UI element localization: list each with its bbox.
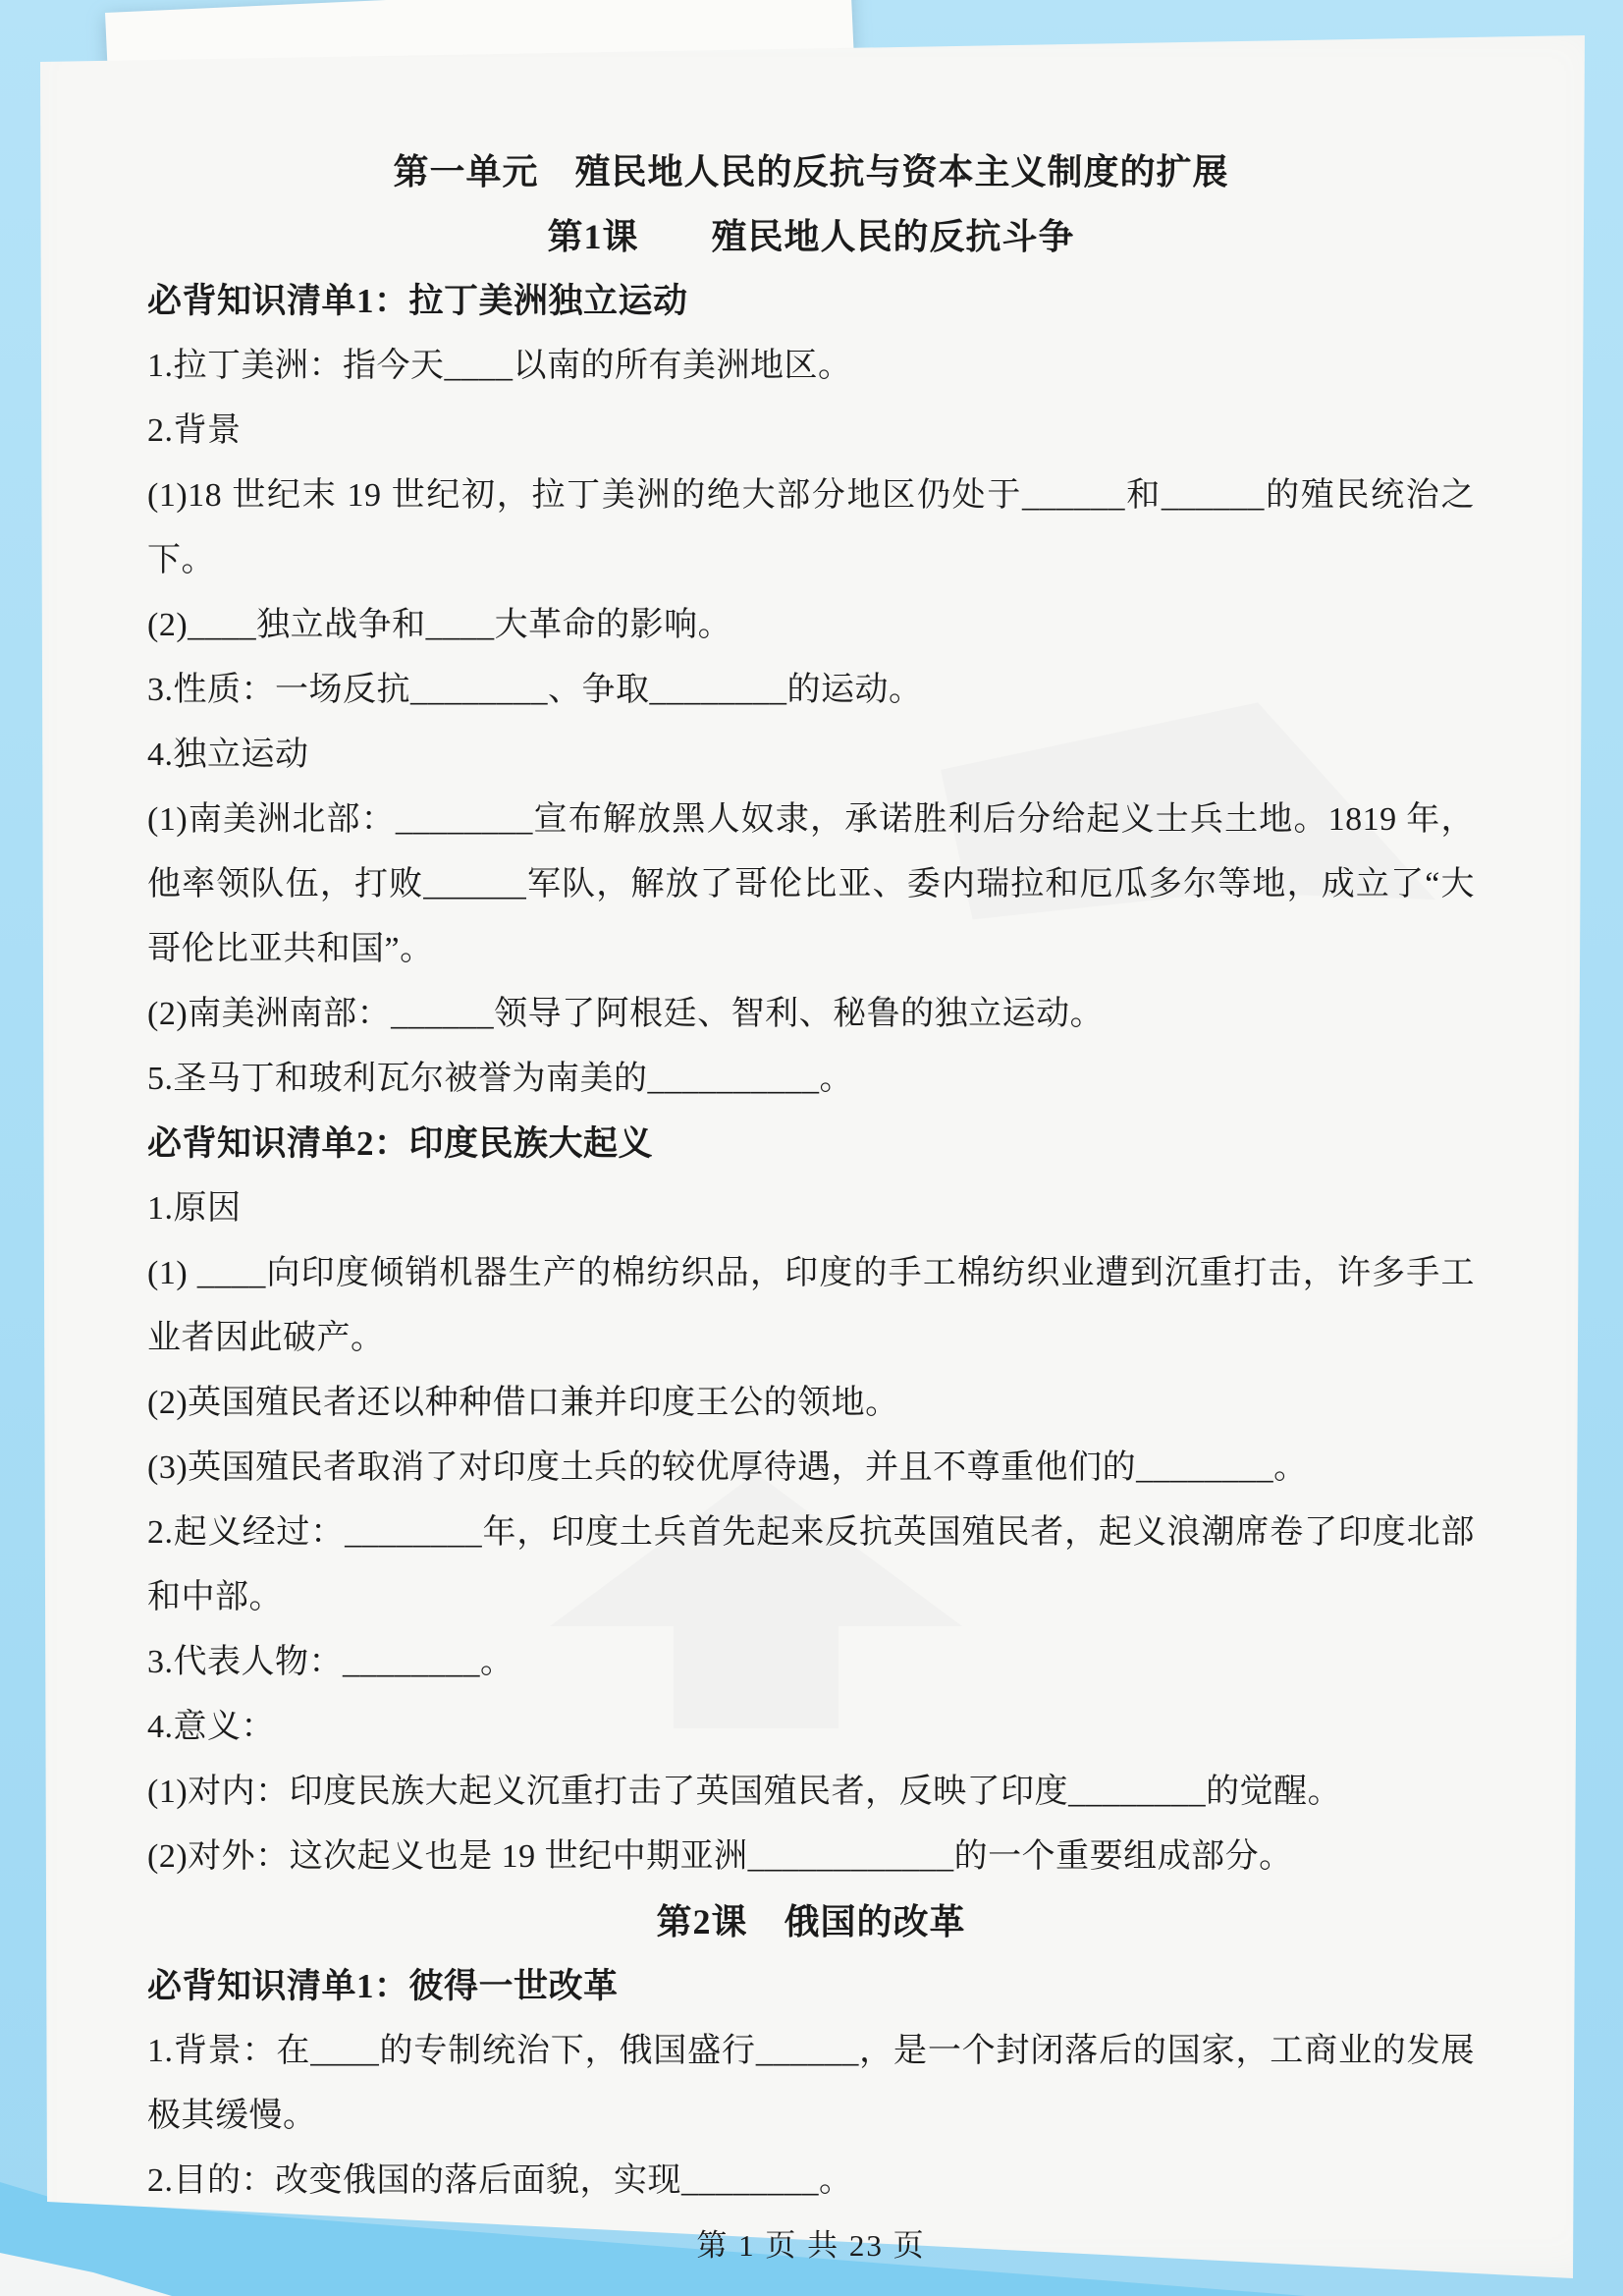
body-line: (1)对内：印度民族大起义沉重打击了英国殖民者，反映了印度________的觉醒…	[147, 1760, 1475, 1825]
section-heading-peter: 必背知识清单1：彼得一世改革	[147, 1954, 1475, 2019]
body-line: 1.拉丁美洲：指今天____以南的所有美洲地区。	[147, 334, 1475, 399]
page-footer: 第 1 页 共 23 页	[147, 2214, 1475, 2278]
body-line: 4.意义：	[147, 1695, 1475, 1760]
body-line: (1)南美洲北部：________宣布解放黑人奴隶，承诺胜利后分给起义士兵土地。…	[147, 788, 1475, 982]
body-line: (1)18 世纪末 19 世纪初，拉丁美洲的绝大部分地区仍处于______和__…	[147, 464, 1475, 593]
document-body: 第一单元 殖民地人民的反抗与资本主义制度的扩展第1课 殖民地人民的反抗斗争必背知…	[147, 139, 1475, 2214]
body-line: 1.原因	[147, 1176, 1475, 1241]
body-line: (2)____独立战争和____大革命的影响。	[147, 593, 1475, 658]
body-line: 1.背景：在____的专制统治下，俄国盛行______，是一个封闭落后的国家，工…	[147, 2019, 1475, 2149]
body-line: (1) ____向印度倾销机器生产的棉纺织品，印度的手工棉纺织业遭到沉重打击，许…	[147, 1241, 1475, 1371]
body-line: 5.圣马丁和玻利瓦尔被誉为南美的__________。	[147, 1047, 1475, 1112]
unit-title: 第一单元 殖民地人民的反抗与资本主义制度的扩展	[147, 139, 1475, 204]
worksheet-page: 第一单元 殖民地人民的反抗与资本主义制度的扩展第1课 殖民地人民的反抗斗争必背知…	[0, 0, 1623, 2296]
body-line: (2)英国殖民者还以种种借口兼并印度王公的领地。	[147, 1371, 1475, 1436]
body-line: 3.性质：一场反抗________、争取________的运动。	[147, 658, 1475, 723]
body-line: 3.代表人物：________。	[147, 1630, 1475, 1695]
body-line: 4.独立运动	[147, 723, 1475, 788]
document-content: 第一单元 殖民地人民的反抗与资本主义制度的扩展第1课 殖民地人民的反抗斗争必背知…	[147, 0, 1475, 2278]
body-line: 2.目的：改变俄国的落后面貌，实现________。	[147, 2149, 1475, 2214]
lesson1-title: 第1课 殖民地人民的反抗斗争	[147, 204, 1475, 269]
body-line: 2.起义经过：________年，印度土兵首先起来反抗英国殖民者，起义浪潮席卷了…	[147, 1501, 1475, 1630]
body-line: (2)对外：这次起义也是 19 世纪中期亚洲____________的一个重要组…	[147, 1825, 1475, 1889]
lesson2-title: 第2课 俄国的改革	[147, 1889, 1475, 1954]
section-heading-india: 必背知识清单2：印度民族大起义	[147, 1112, 1475, 1176]
body-line: (3)英国殖民者取消了对印度土兵的较优厚待遇，并且不尊重他们的________。	[147, 1436, 1475, 1501]
body-line: 2.背景	[147, 399, 1475, 464]
body-line: (2)南美洲南部：______领导了阿根廷、智利、秘鲁的独立运动。	[147, 982, 1475, 1047]
section-heading-latin-america: 必背知识清单1：拉丁美洲独立运动	[147, 269, 1475, 334]
